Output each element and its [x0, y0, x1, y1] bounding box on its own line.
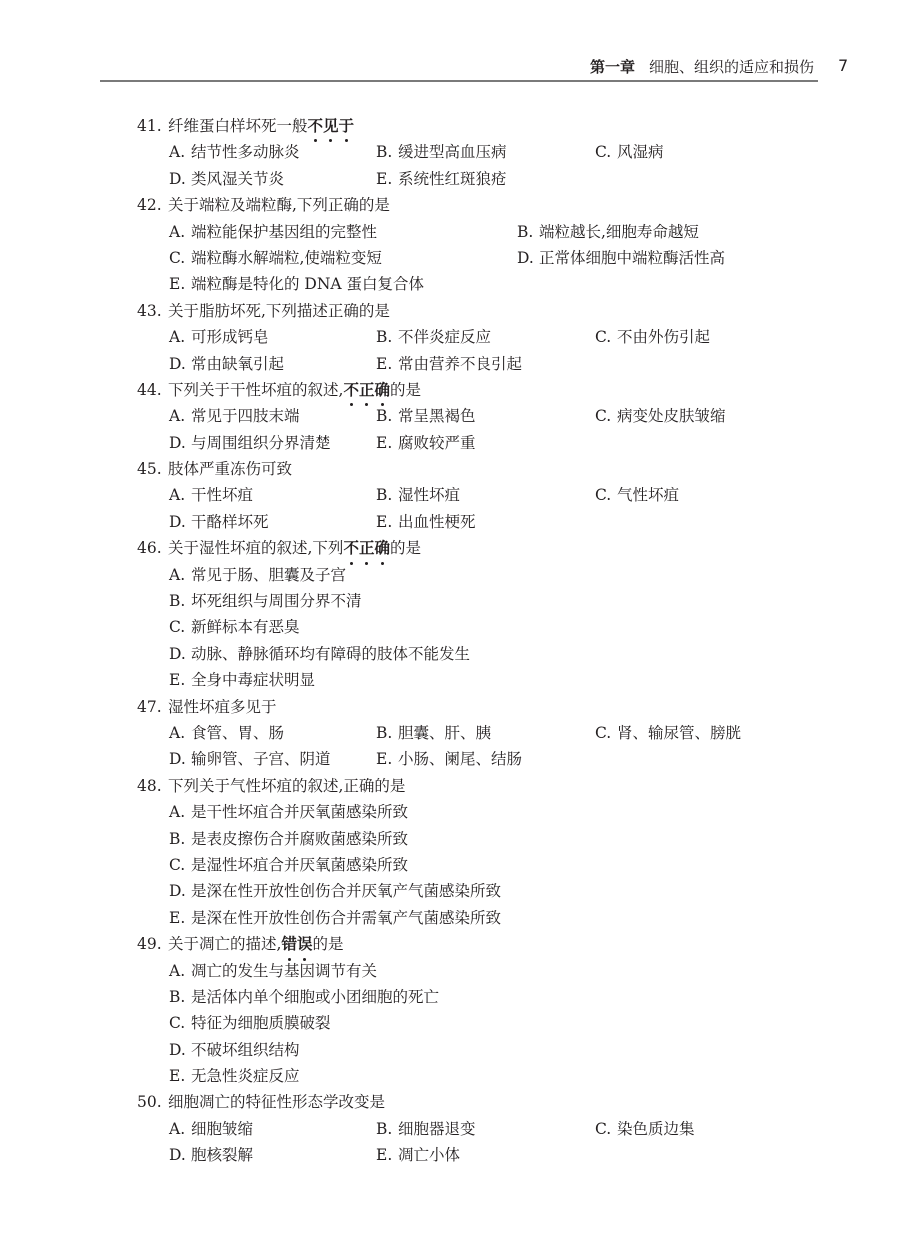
option-d: D.动脉、静脉循环均有障碍的肢体不能发生 [169, 641, 470, 667]
question-stem: 47.湿性坏疽多见于 [137, 694, 857, 720]
option-row: A.端粒能保护基因组的完整性B.端粒越长,细胞寿命越短 [169, 219, 857, 245]
option-row: D.常由缺氧引起E.常由营养不良引起 [169, 351, 857, 377]
option-row: C.是湿性坏疽合并厌氧菌感染所致 [169, 852, 857, 878]
question-stem: 50.细胞凋亡的特征性形态学改变是 [137, 1089, 857, 1115]
option-b: B.细胞器退变 [376, 1116, 476, 1142]
option-e: E.凋亡小体 [376, 1142, 460, 1168]
option-text: 气性坏疽 [617, 486, 679, 504]
option-row: A.常见于肠、胆囊及子宫 [169, 562, 857, 588]
option-text: 风湿病 [617, 143, 664, 161]
option-a: A.凋亡的发生与基因调节有关 [169, 958, 377, 984]
emphasis-dot-char: 错 [281, 931, 297, 957]
question-49: 49.关于凋亡的描述,错误的是A.凋亡的发生与基因调节有关B.是活体内单个细胞或… [137, 931, 857, 1089]
option-row: B.是表皮擦伤合并腐败菌感染所致 [169, 826, 857, 852]
option-letter: D. [169, 746, 191, 772]
option-row: E.端粒酶是特化的 DNA 蛋白复合体 [169, 271, 857, 297]
question-text: 关于湿性坏疽的叙述,下列 [168, 539, 343, 557]
option-b: B.端粒越长,细胞寿命越短 [517, 219, 699, 245]
chapter-label: 第一章 [590, 58, 635, 76]
option-e: E.系统性红斑狼疮 [376, 166, 507, 192]
page-number: 7 [838, 56, 848, 75]
emphasis-dot-char: 正 [359, 535, 375, 561]
question-number: 42. [137, 192, 168, 218]
option-text: 凋亡小体 [398, 1146, 460, 1164]
option-row: D.是深在性开放性创伤合并厌氧产气菌感染所致 [169, 878, 857, 904]
option-text: 特征为细胞质膜破裂 [191, 1014, 331, 1032]
option-letter: E. [376, 166, 398, 192]
option-letter: C. [595, 403, 617, 429]
option-c: C.气性坏疽 [595, 482, 679, 508]
option-row: A.食管、胃、肠B.胆囊、肝、胰C.肾、输尿管、膀胱 [169, 720, 857, 746]
option-row: D.输卵管、子宫、阴道E.小肠、阑尾、结肠 [169, 746, 857, 772]
option-letter: D. [169, 1037, 191, 1063]
option-text: 染色质边集 [617, 1120, 695, 1138]
option-letter: D. [169, 1142, 191, 1168]
option-text: 结节性多动脉炎 [191, 143, 300, 161]
question-stem: 49.关于凋亡的描述,错误的是 [137, 931, 857, 957]
question-text: 关于脂肪坏死,下列描述正确的是 [168, 302, 390, 320]
option-text: 与周围组织分界清楚 [191, 434, 331, 452]
question-number: 48. [137, 773, 168, 799]
option-row: A.细胞皱缩B.细胞器退变C.染色质边集 [169, 1116, 857, 1142]
option-d: D.输卵管、子宫、阴道 [169, 746, 331, 772]
option-a: A.端粒能保护基因组的完整性 [169, 219, 377, 245]
option-letter: C. [169, 245, 191, 271]
option-row: B.坏死组织与周围分界不清 [169, 588, 857, 614]
option-row: D.动脉、静脉循环均有障碍的肢体不能发生 [169, 641, 857, 667]
option-text: 肾、输尿管、膀胱 [617, 724, 741, 742]
option-text: 是湿性坏疽合并厌氧菌感染所致 [191, 856, 408, 874]
option-letter: D. [169, 641, 191, 667]
option-letter: B. [376, 482, 398, 508]
option-text: 常由营养不良引起 [398, 355, 522, 373]
option-e: E.腐败较严重 [376, 430, 476, 456]
emphasis-dot-char: 不 [308, 113, 324, 139]
option-text: 端粒酶是特化的 DNA 蛋白复合体 [191, 275, 424, 293]
option-e: E.端粒酶是特化的 DNA 蛋白复合体 [169, 271, 424, 297]
option-letter: A. [169, 324, 191, 350]
emphasized-text: 不正确 [343, 381, 390, 399]
options: A.结节性多动脉炎B.缓进型高血压病C.风湿病D.类风湿关节炎E.系统性红斑狼疮 [137, 139, 857, 192]
option-text: 胞核裂解 [191, 1146, 253, 1164]
question-41: 41.纤维蛋白样坏死一般不见于A.结节性多动脉炎B.缓进型高血压病C.风湿病D.… [137, 113, 857, 192]
option-text: 新鲜标本有恶臭 [191, 618, 300, 636]
option-e: E.全身中毒症状明显 [169, 667, 315, 693]
option-letter: D. [169, 509, 191, 535]
option-letter: A. [169, 139, 191, 165]
option-e: E.常由营养不良引起 [376, 351, 522, 377]
option-text: 是表皮擦伤合并腐败菌感染所致 [191, 830, 408, 848]
option-d: D.正常体细胞中端粒酶活性高 [517, 245, 725, 271]
running-header: 第一章细胞、组织的适应和损伤 [100, 54, 818, 82]
question-47: 47.湿性坏疽多见于A.食管、胃、肠B.胆囊、肝、胰C.肾、输尿管、膀胱D.输卵… [137, 694, 857, 773]
option-letter: D. [169, 351, 191, 377]
option-c: C.病变处皮肤皱缩 [595, 403, 726, 429]
option-b: B.胆囊、肝、胰 [376, 720, 491, 746]
question-44: 44.下列关于干性坏疽的叙述,不正确的是A.常见于四肢末端B.常呈黑褐色C.病变… [137, 377, 857, 456]
emphasis-dot-char: 于 [339, 113, 355, 139]
question-text: 湿性坏疽多见于 [168, 698, 277, 716]
question-stem: 46.关于湿性坏疽的叙述,下列不正确的是 [137, 535, 857, 561]
option-text: 常见于肠、胆囊及子宫 [191, 566, 346, 584]
option-letter: A. [169, 958, 191, 984]
option-text: 是干性坏疽合并厌氧菌感染所致 [191, 803, 408, 821]
option-letter: B. [169, 826, 191, 852]
question-text: 下列关于干性坏疽的叙述, [168, 381, 343, 399]
option-row: A.常见于四肢末端B.常呈黑褐色C.病变处皮肤皱缩 [169, 403, 857, 429]
option-text: 胆囊、肝、胰 [398, 724, 491, 742]
emphasis-dot-char: 正 [359, 377, 375, 403]
question-number: 50. [137, 1089, 168, 1115]
option-row: D.干酪样坏死E.出血性梗死 [169, 509, 857, 535]
option-letter: B. [376, 720, 398, 746]
options: A.端粒能保护基因组的完整性B.端粒越长,细胞寿命越短C.端粒酶水解端粒,使端粒… [137, 219, 857, 298]
option-letter: C. [595, 720, 617, 746]
option-d: D.与周围组织分界清楚 [169, 430, 331, 456]
option-text: 系统性红斑狼疮 [398, 170, 507, 188]
question-42: 42.关于端粒及端粒酶,下列正确的是A.端粒能保护基因组的完整性B.端粒越长,细… [137, 192, 857, 298]
question-number: 49. [137, 931, 168, 957]
option-text: 出血性梗死 [398, 513, 476, 531]
question-43: 43.关于脂肪坏死,下列描述正确的是A.可形成钙皂B.不伴炎症反应C.不由外伤引… [137, 298, 857, 377]
question-text-tail: 的是 [312, 935, 343, 953]
question-number: 41. [137, 113, 168, 139]
question-text: 关于端粒及端粒酶,下列正确的是 [168, 196, 390, 214]
option-letter: C. [169, 852, 191, 878]
option-b: B.缓进型高血压病 [376, 139, 507, 165]
option-text: 湿性坏疽 [398, 486, 460, 504]
option-text: 端粒越长,细胞寿命越短 [539, 223, 699, 241]
option-text: 细胞器退变 [398, 1120, 476, 1138]
option-letter: C. [595, 482, 617, 508]
emphasis-dot-char: 不 [343, 535, 359, 561]
option-letter: E. [376, 430, 398, 456]
option-d: D.是深在性开放性创伤合并厌氧产气菌感染所致 [169, 878, 501, 904]
option-d: D.常由缺氧引起 [169, 351, 284, 377]
option-e: E.小肠、阑尾、结肠 [376, 746, 522, 772]
option-b: B.是活体内单个细胞或小团细胞的死亡 [169, 984, 439, 1010]
option-text: 常由缺氧引起 [191, 355, 284, 373]
option-row: C.新鲜标本有恶臭 [169, 614, 857, 640]
option-text: 是活体内单个细胞或小团细胞的死亡 [191, 988, 439, 1006]
question-46: 46.关于湿性坏疽的叙述,下列不正确的是A.常见于肠、胆囊及子宫B.坏死组织与周… [137, 535, 857, 693]
option-c: C.不由外伤引起 [595, 324, 710, 350]
question-stem: 44.下列关于干性坏疽的叙述,不正确的是 [137, 377, 857, 403]
question-stem: 42.关于端粒及端粒酶,下列正确的是 [137, 192, 857, 218]
option-text: 食管、胃、肠 [191, 724, 284, 742]
option-letter: E. [376, 509, 398, 535]
option-text: 干酪样坏死 [191, 513, 269, 531]
option-row: A.干性坏疽B.湿性坏疽C.气性坏疽 [169, 482, 857, 508]
option-a: A.常见于四肢末端 [169, 403, 300, 429]
option-text: 坏死组织与周围分界不清 [191, 592, 362, 610]
option-text: 病变处皮肤皱缩 [617, 407, 726, 425]
option-a: A.结节性多动脉炎 [169, 139, 300, 165]
option-row: E.无急性炎症反应 [169, 1063, 857, 1089]
options: A.常见于四肢末端B.常呈黑褐色C.病变处皮肤皱缩D.与周围组织分界清楚E.腐败… [137, 403, 857, 456]
question-text: 肢体严重冻伤可致 [168, 460, 292, 478]
option-c: C.端粒酶水解端粒,使端粒变短 [169, 245, 382, 271]
option-letter: A. [169, 562, 191, 588]
option-text: 不由外伤引起 [617, 328, 710, 346]
question-stem: 41.纤维蛋白样坏死一般不见于 [137, 113, 857, 139]
option-text: 端粒酶水解端粒,使端粒变短 [191, 249, 382, 267]
question-stem: 48.下列关于气性坏疽的叙述,正确的是 [137, 773, 857, 799]
option-row: D.与周围组织分界清楚E.腐败较严重 [169, 430, 857, 456]
option-d: D.胞核裂解 [169, 1142, 253, 1168]
option-d: D.干酪样坏死 [169, 509, 269, 535]
option-letter: E. [169, 905, 191, 931]
option-c: C.新鲜标本有恶臭 [169, 614, 300, 640]
question-text: 细胞凋亡的特征性形态学改变是 [168, 1093, 385, 1111]
option-row: A.可形成钙皂B.不伴炎症反应C.不由外伤引起 [169, 324, 857, 350]
option-c: C.肾、输尿管、膀胱 [595, 720, 741, 746]
option-d: D.类风湿关节炎 [169, 166, 284, 192]
option-letter: B. [376, 1116, 398, 1142]
question-list: 41.纤维蛋白样坏死一般不见于A.结节性多动脉炎B.缓进型高血压病C.风湿病D.… [137, 113, 857, 1169]
option-a: A.是干性坏疽合并厌氧菌感染所致 [169, 799, 408, 825]
option-b: B.常呈黑褐色 [376, 403, 476, 429]
option-row: E.全身中毒症状明显 [169, 667, 857, 693]
emphasized-text: 错误 [281, 935, 312, 953]
option-text: 腐败较严重 [398, 434, 476, 452]
option-letter: C. [595, 1116, 617, 1142]
option-e: E.无急性炎症反应 [169, 1063, 300, 1089]
option-c: C.特征为细胞质膜破裂 [169, 1010, 331, 1036]
option-letter: D. [169, 878, 191, 904]
option-row: A.是干性坏疽合并厌氧菌感染所致 [169, 799, 857, 825]
option-text: 小肠、阑尾、结肠 [398, 750, 522, 768]
question-50: 50.细胞凋亡的特征性形态学改变是A.细胞皱缩B.细胞器退变C.染色质边集D.胞… [137, 1089, 857, 1168]
emphasis-dot-char: 确 [374, 535, 390, 561]
option-letter: D. [517, 245, 539, 271]
question-text-tail: 的是 [390, 381, 421, 399]
option-letter: C. [595, 139, 617, 165]
option-letter: B. [376, 403, 398, 429]
emphasized-text: 不见于 [308, 117, 355, 135]
question-stem: 45.肢体严重冻伤可致 [137, 456, 857, 482]
option-letter: E. [376, 351, 398, 377]
options: A.细胞皱缩B.细胞器退变C.染色质边集D.胞核裂解E.凋亡小体 [137, 1116, 857, 1169]
option-letter: A. [169, 1116, 191, 1142]
option-a: A.食管、胃、肠 [169, 720, 284, 746]
options: A.是干性坏疽合并厌氧菌感染所致B.是表皮擦伤合并腐败菌感染所致C.是湿性坏疽合… [137, 799, 857, 931]
option-letter: E. [376, 1142, 398, 1168]
option-a: A.细胞皱缩 [169, 1116, 253, 1142]
option-letter: D. [169, 430, 191, 456]
question-number: 43. [137, 298, 168, 324]
option-letter: A. [169, 720, 191, 746]
option-e: E.是深在性开放性创伤合并需氧产气菌感染所致 [169, 905, 501, 931]
option-letter: E. [169, 667, 191, 693]
option-letter: A. [169, 403, 191, 429]
option-letter: A. [169, 482, 191, 508]
option-letter: E. [169, 271, 191, 297]
option-text: 细胞皱缩 [191, 1120, 253, 1138]
option-text: 是深在性开放性创伤合并需氧产气菌感染所致 [191, 909, 501, 927]
option-e: E.出血性梗死 [376, 509, 476, 535]
option-text: 凋亡的发生与基因调节有关 [191, 962, 377, 980]
question-text: 下列关于气性坏疽的叙述,正确的是 [168, 777, 405, 795]
option-c: C.是湿性坏疽合并厌氧菌感染所致 [169, 852, 408, 878]
option-text: 干性坏疽 [191, 486, 253, 504]
question-text: 纤维蛋白样坏死一般 [168, 117, 308, 135]
emphasis-dot-char: 确 [374, 377, 390, 403]
option-c: C.染色质边集 [595, 1116, 695, 1142]
option-text: 类风湿关节炎 [191, 170, 284, 188]
option-row: A.结节性多动脉炎B.缓进型高血压病C.风湿病 [169, 139, 857, 165]
option-text: 常呈黑褐色 [398, 407, 476, 425]
option-row: B.是活体内单个细胞或小团细胞的死亡 [169, 984, 857, 1010]
options: A.食管、胃、肠B.胆囊、肝、胰C.肾、输尿管、膀胱D.输卵管、子宫、阴道E.小… [137, 720, 857, 773]
question-number: 46. [137, 535, 168, 561]
option-c: C.风湿病 [595, 139, 664, 165]
options: A.常见于肠、胆囊及子宫B.坏死组织与周围分界不清C.新鲜标本有恶臭D.动脉、静… [137, 562, 857, 694]
option-text: 正常体细胞中端粒酶活性高 [539, 249, 725, 267]
emphasis-dot-char: 不 [343, 377, 359, 403]
option-text: 不伴炎症反应 [398, 328, 491, 346]
option-letter: E. [376, 746, 398, 772]
option-row: D.胞核裂解E.凋亡小体 [169, 1142, 857, 1168]
option-letter: B. [169, 984, 191, 1010]
option-b: B.坏死组织与周围分界不清 [169, 588, 362, 614]
options: A.凋亡的发生与基因调节有关B.是活体内单个细胞或小团细胞的死亡C.特征为细胞质… [137, 958, 857, 1090]
option-letter: B. [517, 219, 539, 245]
option-text: 是深在性开放性创伤合并厌氧产气菌感染所致 [191, 882, 501, 900]
option-a: A.可形成钙皂 [169, 324, 269, 350]
option-text: 常见于四肢末端 [191, 407, 300, 425]
option-b: B.是表皮擦伤合并腐败菌感染所致 [169, 826, 408, 852]
question-45: 45.肢体严重冻伤可致A.干性坏疽B.湿性坏疽C.气性坏疽D.干酪样坏死E.出血… [137, 456, 857, 535]
option-row: C.端粒酶水解端粒,使端粒变短D.正常体细胞中端粒酶活性高 [169, 245, 857, 271]
option-letter: D. [169, 166, 191, 192]
chapter-title: 细胞、组织的适应和损伤 [649, 58, 814, 76]
option-row: E.是深在性开放性创伤合并需氧产气菌感染所致 [169, 905, 857, 931]
question-text: 关于凋亡的描述, [168, 935, 281, 953]
chapter-heading: 第一章细胞、组织的适应和损伤 [590, 56, 814, 77]
options: A.干性坏疽B.湿性坏疽C.气性坏疽D.干酪样坏死E.出血性梗死 [137, 482, 857, 535]
option-text: 全身中毒症状明显 [191, 671, 315, 689]
option-a: A.常见于肠、胆囊及子宫 [169, 562, 346, 588]
emphasis-dot-char: 误 [297, 931, 313, 957]
question-number: 44. [137, 377, 168, 403]
option-letter: B. [376, 139, 398, 165]
option-d: D.不破坏组织结构 [169, 1037, 300, 1063]
option-text: 无急性炎症反应 [191, 1067, 300, 1085]
option-text: 可形成钙皂 [191, 328, 269, 346]
option-letter: C. [595, 324, 617, 350]
option-letter: E. [169, 1063, 191, 1089]
option-b: B.不伴炎症反应 [376, 324, 491, 350]
option-text: 动脉、静脉循环均有障碍的肢体不能发生 [191, 645, 470, 663]
option-letter: B. [169, 588, 191, 614]
option-row: D.不破坏组织结构 [169, 1037, 857, 1063]
question-48: 48.下列关于气性坏疽的叙述,正确的是A.是干性坏疽合并厌氧菌感染所致B.是表皮… [137, 773, 857, 931]
option-text: 缓进型高血压病 [398, 143, 507, 161]
option-row: C.特征为细胞质膜破裂 [169, 1010, 857, 1036]
option-b: B.湿性坏疽 [376, 482, 460, 508]
emphasized-text: 不正确 [343, 539, 390, 557]
question-number: 47. [137, 694, 168, 720]
option-row: A.凋亡的发生与基因调节有关 [169, 958, 857, 984]
emphasis-dot-char: 见 [323, 113, 339, 139]
question-text-tail: 的是 [390, 539, 421, 557]
option-text: 端粒能保护基因组的完整性 [191, 223, 377, 241]
option-row: D.类风湿关节炎E.系统性红斑狼疮 [169, 166, 857, 192]
question-number: 45. [137, 456, 168, 482]
option-text: 不破坏组织结构 [191, 1041, 300, 1059]
options: A.可形成钙皂B.不伴炎症反应C.不由外伤引起D.常由缺氧引起E.常由营养不良引… [137, 324, 857, 377]
option-text: 输卵管、子宫、阴道 [191, 750, 331, 768]
option-letter: A. [169, 799, 191, 825]
option-a: A.干性坏疽 [169, 482, 253, 508]
option-letter: C. [169, 1010, 191, 1036]
option-letter: C. [169, 614, 191, 640]
option-letter: A. [169, 219, 191, 245]
question-stem: 43.关于脂肪坏死,下列描述正确的是 [137, 298, 857, 324]
option-letter: B. [376, 324, 398, 350]
